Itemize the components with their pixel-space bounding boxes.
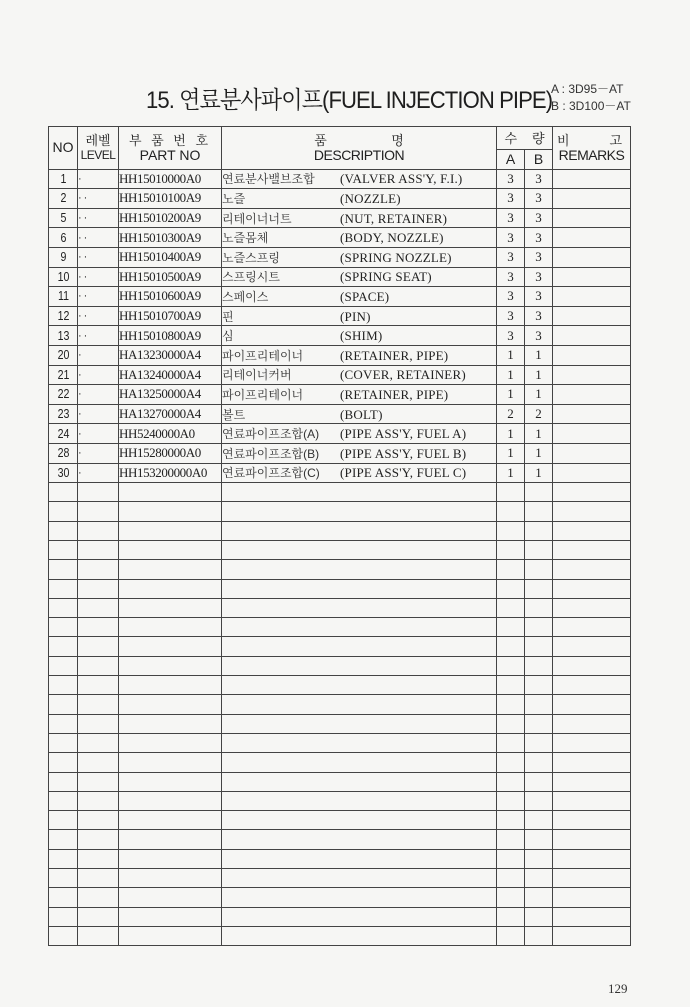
empty-cell xyxy=(222,753,497,772)
empty-cell xyxy=(222,811,497,830)
empty-cell xyxy=(222,849,497,868)
empty-table-row xyxy=(49,618,631,637)
row-qty-b: 1 xyxy=(525,385,553,405)
empty-cell xyxy=(49,811,78,830)
row-qty-a: 1 xyxy=(497,365,525,385)
table-row: 23·HA13270000A4볼트(BOLT)22 xyxy=(49,404,631,424)
empty-table-row xyxy=(49,791,631,810)
empty-cell xyxy=(525,695,553,714)
empty-cell xyxy=(525,521,553,540)
empty-cell xyxy=(119,676,222,695)
empty-cell xyxy=(119,772,222,791)
row-qty-a: 3 xyxy=(497,287,525,307)
empty-cell xyxy=(222,540,497,559)
row-remarks xyxy=(553,189,631,209)
empty-cell xyxy=(553,849,631,868)
row-desc-ko: 연료파이프조합(C) xyxy=(222,464,340,481)
row-qty-b: 3 xyxy=(525,228,553,248)
row-level: · xyxy=(78,463,119,483)
empty-cell xyxy=(497,656,525,675)
empty-cell xyxy=(497,618,525,637)
empty-cell xyxy=(49,791,78,810)
row-desc-en: (NOZZLE) xyxy=(340,191,401,206)
empty-cell xyxy=(119,926,222,945)
row-desc-ko: 스페이스 xyxy=(222,288,340,305)
empty-table-row xyxy=(49,560,631,579)
empty-cell xyxy=(49,676,78,695)
empty-cell xyxy=(525,811,553,830)
empty-cell xyxy=(553,502,631,521)
empty-table-row xyxy=(49,676,631,695)
header-level: 레벨 LEVEL xyxy=(78,127,119,170)
row-desc-ko: 연료파이프조합(B) xyxy=(222,445,340,462)
empty-cell xyxy=(553,714,631,733)
empty-cell xyxy=(553,772,631,791)
empty-cell xyxy=(222,907,497,926)
empty-cell xyxy=(222,926,497,945)
table-row: 30·HH153200000A0연료파이프조합(C)(PIPE ASS'Y, F… xyxy=(49,463,631,483)
empty-cell xyxy=(78,656,119,675)
row-description: 연료분사밸브조합(VALVER ASS'Y, F.I.) xyxy=(222,169,497,189)
empty-cell xyxy=(49,598,78,617)
row-qty-a: 2 xyxy=(497,404,525,424)
empty-cell xyxy=(78,888,119,907)
empty-cell xyxy=(49,502,78,521)
table-row: 1·HH15010000A0연료분사밸브조합(VALVER ASS'Y, F.I… xyxy=(49,169,631,189)
empty-table-row xyxy=(49,483,631,502)
empty-cell xyxy=(553,579,631,598)
empty-cell xyxy=(49,521,78,540)
row-qty-a: 1 xyxy=(497,345,525,365)
header-part-ko: 부 품 번 호 xyxy=(119,133,221,148)
empty-cell xyxy=(222,637,497,656)
row-level: ·· xyxy=(78,306,119,326)
row-description: 리테이너커버(COVER, RETAINER) xyxy=(222,365,497,385)
empty-cell xyxy=(525,656,553,675)
row-description: 노즐(NOZZLE) xyxy=(222,189,497,209)
empty-cell xyxy=(222,772,497,791)
empty-cell xyxy=(78,695,119,714)
empty-cell xyxy=(525,849,553,868)
empty-cell xyxy=(497,540,525,559)
row-desc-ko: 연료파이프조합(A) xyxy=(222,425,340,442)
empty-cell xyxy=(119,830,222,849)
table-row: 20·HA13230000A4파이프리테이너(RETAINER, PIPE)11 xyxy=(49,345,631,365)
row-part-no: HH15010600A9 xyxy=(119,287,222,307)
header-part-en: PART NO xyxy=(119,148,221,163)
empty-cell xyxy=(119,791,222,810)
empty-cell xyxy=(78,540,119,559)
row-desc-en: (SPACE) xyxy=(340,289,389,304)
row-qty-b: 2 xyxy=(525,404,553,424)
row-level: · xyxy=(78,424,119,444)
empty-cell xyxy=(525,830,553,849)
empty-cell xyxy=(78,676,119,695)
empty-cell xyxy=(78,830,119,849)
row-no: 6 xyxy=(51,228,76,248)
empty-cell xyxy=(78,772,119,791)
row-desc-ko: 파이프리테이너 xyxy=(222,386,340,403)
empty-table-row xyxy=(49,888,631,907)
empty-cell xyxy=(553,637,631,656)
page-title: 15. 연료분사파이프(FUEL INJECTION PIPE) xyxy=(146,80,552,115)
row-qty-b: 1 xyxy=(525,424,553,444)
empty-cell xyxy=(525,637,553,656)
empty-table-row xyxy=(49,637,631,656)
row-qty-a: 1 xyxy=(497,443,525,463)
empty-table-row xyxy=(49,598,631,617)
empty-cell xyxy=(525,869,553,888)
header-desc-en: DESCRIPTION xyxy=(222,148,496,163)
row-part-no: HH5240000A0 xyxy=(119,424,222,444)
empty-cell xyxy=(525,540,553,559)
table-row: 13··HH15010800A9심(SHIM)33 xyxy=(49,326,631,346)
row-part-no: HA13250000A4 xyxy=(119,385,222,405)
empty-cell xyxy=(497,772,525,791)
empty-cell xyxy=(553,811,631,830)
row-qty-a: 3 xyxy=(497,169,525,189)
empty-cell xyxy=(222,618,497,637)
row-qty-b: 1 xyxy=(525,365,553,385)
empty-cell xyxy=(553,695,631,714)
row-desc-en: (PIPE ASS'Y, FUEL C) xyxy=(340,465,466,480)
empty-cell xyxy=(222,714,497,733)
empty-cell xyxy=(49,849,78,868)
row-no: 30 xyxy=(51,463,76,483)
table-row: 2··HH15010100A9노즐(NOZZLE)33 xyxy=(49,189,631,209)
empty-cell xyxy=(525,753,553,772)
row-level: · xyxy=(78,443,119,463)
row-remarks xyxy=(553,247,631,267)
header-level-en: LEVEL xyxy=(78,148,118,163)
empty-cell xyxy=(222,656,497,675)
row-part-no: HH15010400A9 xyxy=(119,247,222,267)
empty-cell xyxy=(497,521,525,540)
empty-cell xyxy=(119,656,222,675)
empty-cell xyxy=(49,695,78,714)
row-level: ·· xyxy=(78,326,119,346)
empty-cell xyxy=(222,676,497,695)
row-no: 1 xyxy=(51,169,76,189)
empty-cell xyxy=(222,869,497,888)
empty-cell xyxy=(49,483,78,502)
empty-cell xyxy=(553,483,631,502)
row-no: 23 xyxy=(51,404,76,424)
row-level: ·· xyxy=(78,287,119,307)
row-desc-en: (BODY, NOZZLE) xyxy=(340,230,444,245)
empty-cell xyxy=(119,695,222,714)
empty-cell xyxy=(49,579,78,598)
row-no: 22 xyxy=(51,385,76,405)
empty-cell xyxy=(49,540,78,559)
row-desc-en: (SHIM) xyxy=(340,328,382,343)
row-description: 핀(PIN) xyxy=(222,306,497,326)
empty-cell xyxy=(119,598,222,617)
row-remarks xyxy=(553,345,631,365)
empty-cell xyxy=(78,502,119,521)
row-desc-en: (VALVER ASS'Y, F.I.) xyxy=(340,171,462,186)
empty-cell xyxy=(49,926,78,945)
row-description: 노즐스프링(SPRING NOZZLE) xyxy=(222,247,497,267)
row-part-no: HH15010800A9 xyxy=(119,326,222,346)
row-no: 9 xyxy=(51,247,76,267)
row-remarks xyxy=(553,208,631,228)
empty-cell xyxy=(553,888,631,907)
header-remarks-ko: 비 고 xyxy=(553,133,630,148)
row-desc-en: (PIPE ASS'Y, FUEL A) xyxy=(340,426,466,441)
row-level: · xyxy=(78,385,119,405)
row-desc-ko: 심 xyxy=(222,327,340,344)
row-description: 심(SHIM) xyxy=(222,326,497,346)
empty-cell xyxy=(525,791,553,810)
row-qty-b: 3 xyxy=(525,287,553,307)
empty-table-row xyxy=(49,733,631,752)
empty-cell xyxy=(525,560,553,579)
empty-cell xyxy=(78,753,119,772)
row-no: 12 xyxy=(51,306,76,326)
empty-cell xyxy=(49,888,78,907)
row-part-no: HH15010200A9 xyxy=(119,208,222,228)
empty-cell xyxy=(525,907,553,926)
row-desc-ko: 리테이너커버 xyxy=(222,366,340,383)
header-level-ko: 레벨 xyxy=(78,133,118,148)
empty-table-row xyxy=(49,521,631,540)
row-remarks xyxy=(553,267,631,287)
row-desc-en: (RETAINER, PIPE) xyxy=(340,348,448,363)
row-part-no: HH15010100A9 xyxy=(119,189,222,209)
row-qty-a: 1 xyxy=(497,463,525,483)
row-description: 스프링시트(SPRING SEAT) xyxy=(222,267,497,287)
empty-cell xyxy=(49,637,78,656)
empty-cell xyxy=(553,540,631,559)
empty-cell xyxy=(553,791,631,810)
row-desc-en: (PIN) xyxy=(340,309,371,324)
empty-table-row xyxy=(49,772,631,791)
row-level: · xyxy=(78,404,119,424)
row-remarks xyxy=(553,424,631,444)
row-qty-a: 3 xyxy=(497,189,525,209)
empty-cell xyxy=(525,598,553,617)
row-remarks xyxy=(553,169,631,189)
empty-cell xyxy=(525,579,553,598)
row-part-no: HH15010000A0 xyxy=(119,169,222,189)
empty-cell xyxy=(78,811,119,830)
empty-cell xyxy=(78,926,119,945)
header-qty-a: A xyxy=(497,150,525,170)
row-remarks xyxy=(553,385,631,405)
row-no: 13 xyxy=(51,326,76,346)
empty-table-row xyxy=(49,811,631,830)
empty-cell xyxy=(119,811,222,830)
empty-table-row xyxy=(49,869,631,888)
row-desc-en: (SPRING SEAT) xyxy=(340,269,432,284)
row-qty-b: 3 xyxy=(525,169,553,189)
table-row: 21·HA13240000A4리테이너커버(COVER, RETAINER)11 xyxy=(49,365,631,385)
empty-cell xyxy=(222,695,497,714)
row-desc-en: (BOLT) xyxy=(340,407,383,422)
row-qty-a: 3 xyxy=(497,326,525,346)
empty-cell xyxy=(222,579,497,598)
table-row: 10··HH15010500A9스프링시트(SPRING SEAT)33 xyxy=(49,267,631,287)
row-qty-b: 3 xyxy=(525,189,553,209)
row-level: · xyxy=(78,345,119,365)
header-remarks: 비 고 REMARKS xyxy=(553,127,631,170)
empty-cell xyxy=(49,772,78,791)
row-desc-en: (NUT, RETAINER) xyxy=(340,211,447,226)
empty-cell xyxy=(497,926,525,945)
row-desc-ko: 리테이너너트 xyxy=(222,210,340,227)
row-part-no: HH15280000A0 xyxy=(119,443,222,463)
empty-cell xyxy=(497,560,525,579)
header-qty-ko-2: 량 xyxy=(532,131,545,146)
empty-cell xyxy=(497,502,525,521)
table-row: 9··HH15010400A9노즐스프링(SPRING NOZZLE)33 xyxy=(49,247,631,267)
empty-cell xyxy=(553,618,631,637)
row-level: ·· xyxy=(78,189,119,209)
model-b-label: B : 3D100－AT xyxy=(551,98,631,115)
row-level: ·· xyxy=(78,208,119,228)
header-no: NO xyxy=(49,127,78,170)
empty-cell xyxy=(222,502,497,521)
empty-cell xyxy=(222,888,497,907)
header-qty-ko-1: 수 xyxy=(504,131,517,146)
row-remarks xyxy=(553,463,631,483)
row-level: ·· xyxy=(78,247,119,267)
empty-cell xyxy=(78,907,119,926)
empty-cell xyxy=(222,791,497,810)
row-no: 28 xyxy=(51,443,76,463)
row-desc-ko: 연료분사밸브조합 xyxy=(222,170,340,187)
row-no: 10 xyxy=(51,267,76,287)
row-qty-a: 1 xyxy=(497,385,525,405)
empty-cell xyxy=(525,618,553,637)
empty-cell xyxy=(497,579,525,598)
header-desc-ko-1: 품 xyxy=(314,133,327,148)
empty-table-row xyxy=(49,579,631,598)
row-remarks xyxy=(553,365,631,385)
empty-cell xyxy=(497,869,525,888)
row-desc-en: (COVER, RETAINER) xyxy=(340,367,466,382)
empty-cell xyxy=(525,888,553,907)
header-remarks-ko-1: 비 xyxy=(557,133,570,148)
empty-cell xyxy=(78,618,119,637)
row-description: 볼트(BOLT) xyxy=(222,404,497,424)
row-remarks xyxy=(553,443,631,463)
empty-cell xyxy=(78,714,119,733)
empty-cell xyxy=(49,618,78,637)
empty-cell xyxy=(525,676,553,695)
empty-cell xyxy=(497,791,525,810)
row-qty-b: 1 xyxy=(525,463,553,483)
empty-cell xyxy=(497,830,525,849)
empty-cell xyxy=(119,888,222,907)
row-desc-en: (SPRING NOZZLE) xyxy=(340,250,452,265)
empty-cell xyxy=(553,598,631,617)
empty-cell xyxy=(553,656,631,675)
row-remarks xyxy=(553,228,631,248)
header-part-no: 부 품 번 호 PART NO xyxy=(119,127,222,170)
empty-cell xyxy=(553,521,631,540)
row-qty-a: 3 xyxy=(497,208,525,228)
empty-cell xyxy=(119,483,222,502)
empty-cell xyxy=(119,637,222,656)
empty-table-row xyxy=(49,695,631,714)
row-qty-b: 3 xyxy=(525,208,553,228)
empty-cell xyxy=(78,483,119,502)
table-row: 5··HH15010200A9리테이너너트(NUT, RETAINER)33 xyxy=(49,208,631,228)
empty-cell xyxy=(525,926,553,945)
empty-cell xyxy=(78,598,119,617)
empty-cell xyxy=(222,521,497,540)
empty-cell xyxy=(49,753,78,772)
empty-table-row xyxy=(49,926,631,945)
empty-cell xyxy=(497,811,525,830)
row-desc-ko: 노즐스프링 xyxy=(222,249,340,266)
empty-cell xyxy=(119,540,222,559)
empty-cell xyxy=(119,869,222,888)
empty-cell xyxy=(78,560,119,579)
row-qty-b: 1 xyxy=(525,345,553,365)
row-desc-ko: 핀 xyxy=(222,308,340,325)
empty-cell xyxy=(119,849,222,868)
empty-cell xyxy=(497,849,525,868)
row-remarks xyxy=(553,326,631,346)
row-desc-en: (PIPE ASS'Y, FUEL B) xyxy=(340,446,466,461)
row-level: ·· xyxy=(78,267,119,287)
parts-table: NO 레벨 LEVEL 부 품 번 호 PART NO 품 명 DESCRIPT… xyxy=(48,126,631,946)
empty-cell xyxy=(78,849,119,868)
model-legend: A : 3D95－AT B : 3D100－AT xyxy=(551,81,631,115)
empty-cell xyxy=(497,753,525,772)
empty-cell xyxy=(497,598,525,617)
table-row: 6··HH15010300A9노즐몸체(BODY, NOZZLE)33 xyxy=(49,228,631,248)
empty-cell xyxy=(119,579,222,598)
empty-cell xyxy=(49,869,78,888)
empty-cell xyxy=(78,521,119,540)
empty-cell xyxy=(497,888,525,907)
empty-cell xyxy=(49,907,78,926)
row-desc-ko: 스프링시트 xyxy=(222,268,340,285)
row-no: 20 xyxy=(51,345,76,365)
row-description: 리테이너너트(NUT, RETAINER) xyxy=(222,208,497,228)
row-part-no: HH15010300A9 xyxy=(119,228,222,248)
empty-table-row xyxy=(49,907,631,926)
row-qty-b: 3 xyxy=(525,306,553,326)
row-qty-b: 3 xyxy=(525,267,553,287)
row-qty-a: 3 xyxy=(497,306,525,326)
empty-cell xyxy=(222,830,497,849)
row-no: 5 xyxy=(51,208,76,228)
empty-cell xyxy=(497,733,525,752)
header-desc-ko-2: 명 xyxy=(391,133,404,148)
row-qty-a: 3 xyxy=(497,247,525,267)
row-desc-ko: 노즐몸체 xyxy=(222,229,340,246)
row-level: ·· xyxy=(78,228,119,248)
empty-cell xyxy=(119,560,222,579)
row-desc-en: (RETAINER, PIPE) xyxy=(340,387,448,402)
empty-cell xyxy=(78,791,119,810)
empty-cell xyxy=(49,733,78,752)
row-no: 11 xyxy=(51,287,76,307)
empty-cell xyxy=(497,714,525,733)
header-description: 품 명 DESCRIPTION xyxy=(222,127,497,170)
header-remarks-ko-2: 고 xyxy=(609,133,622,148)
row-level: · xyxy=(78,169,119,189)
row-part-no: HH153200000A0 xyxy=(119,463,222,483)
row-remarks xyxy=(553,404,631,424)
header-qty-b: B xyxy=(525,150,553,170)
row-part-no: HA13270000A4 xyxy=(119,404,222,424)
